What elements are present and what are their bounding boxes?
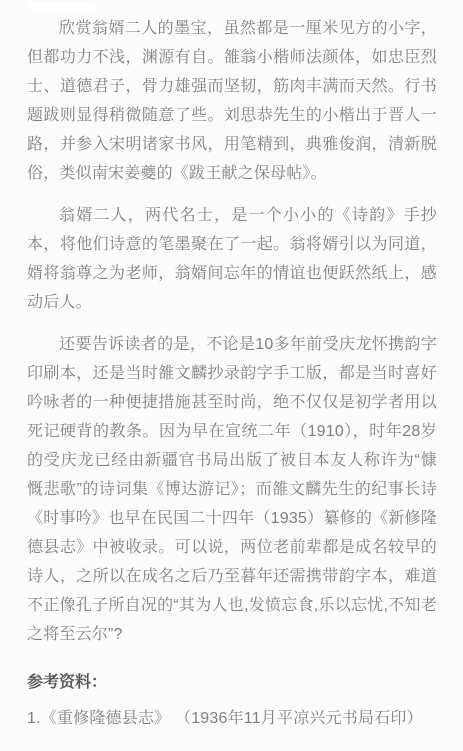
cutoff-text-remnant (28, 2, 96, 11)
reference-item-1: 1.《重修隆德县志》 （1936年11月平凉兴元书局石印） (27, 707, 437, 731)
references-heading: 参考资料： (27, 671, 437, 695)
article-content: 欣赏翁婿二人的墨宝，虽然都是一厘米见方的小字，但都功力不浅，渊源有自。雒翁小楷师… (0, 0, 463, 751)
article-paragraph-1: 欣赏翁婿二人的墨宝，虽然都是一厘米见方的小字，但都功力不浅，渊源有自。雒翁小楷师… (27, 14, 437, 188)
article-paragraph-3: 还要告诉读者的是，不论是10多年前受庆龙怀携韵字印刷本，还是当时雒文麟抄录韵字手… (27, 330, 437, 649)
article-page: 欣赏翁婿二人的墨宝，虽然都是一厘米见方的小字，但都功力不浅，渊源有自。雒翁小楷师… (0, 0, 463, 751)
article-paragraph-2: 翁婿二人，两代名士，是一个小小的《诗韵》手抄本，将他们诗意的笔墨聚在了一起。翁将… (27, 201, 437, 317)
